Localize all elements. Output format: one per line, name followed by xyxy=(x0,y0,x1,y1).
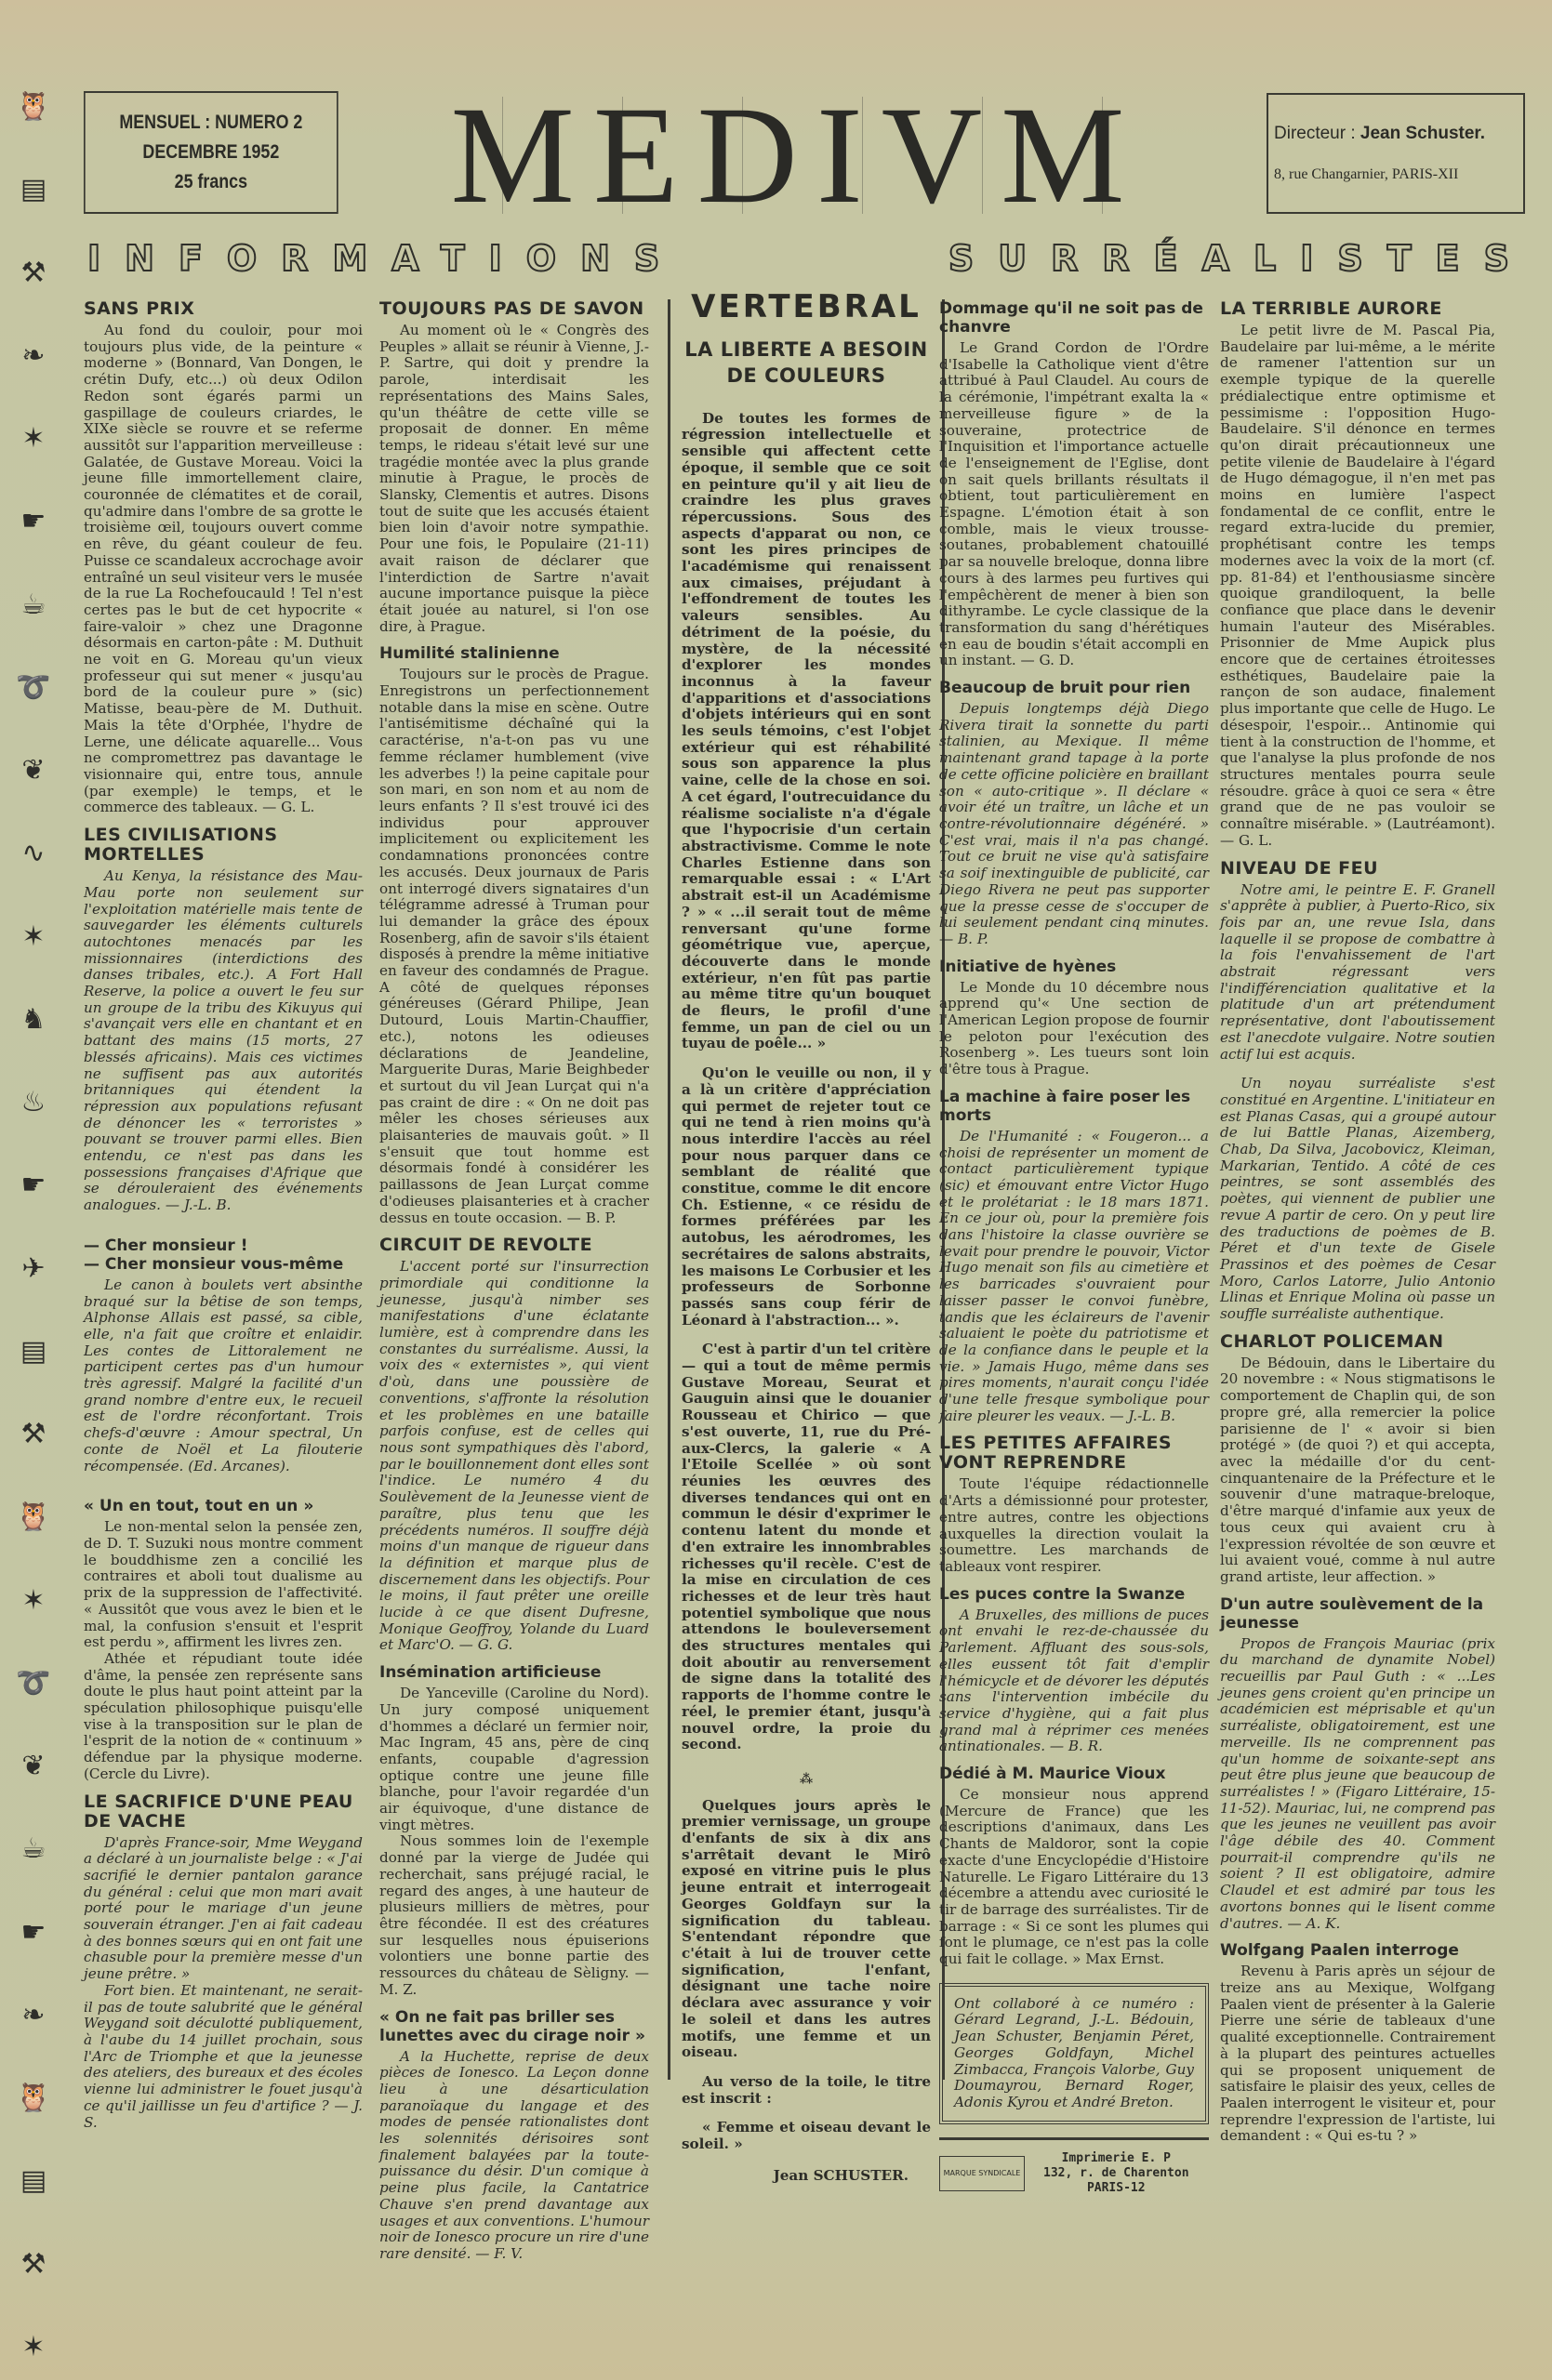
article-title: Humilité stalinienne xyxy=(379,644,649,663)
mug-icon: ☕ xyxy=(21,1835,46,1863)
issue-date: DECEMBRE 1952 xyxy=(86,141,337,164)
article-puces-swanze: Les puces contre la Swanze A Bruxelles, … xyxy=(939,1585,1209,1755)
article-body: A la Huchette, reprise de deux pièces de… xyxy=(379,2049,649,2263)
article-initiative-hyenes: Initiative de hyènes Le Monde du 10 déce… xyxy=(939,958,1209,1078)
issue-price: 25 francs xyxy=(86,171,337,193)
article-body: Le Grand Cordon de l'Ordre d'Isabelle la… xyxy=(939,340,1209,669)
hand-icon: ☛ xyxy=(21,508,46,535)
article-body: Fort bien. Et maintenant, ne serait-il p… xyxy=(84,1983,363,2131)
article-title: LES PETITES AFFAIRES VONT REPRENDRE xyxy=(939,1434,1209,1473)
article-body: Un noyau surréaliste s'est constitué en … xyxy=(1220,1076,1495,1323)
article-body: Toujours sur le procès de Prague. Enregi… xyxy=(379,667,649,1226)
article-body: De l'Humanité : « Fougeron... a choisi d… xyxy=(939,1129,1209,1425)
article-body: Nous sommes loin de l'exemple donné par … xyxy=(379,1833,649,1998)
article-title: Initiative de hyènes xyxy=(939,958,1209,976)
article-body: Le petit livre de M. Pascal Pia, Baudela… xyxy=(1220,323,1495,850)
margin-pictogram-strip: 🦉▤⚒❧✶☛☕➰❦∿✶♞♨☛✈▤⚒🦉✶➰❦☕☛❧🦉▤⚒✶ xyxy=(7,93,60,2361)
axe-icon: ⚒ xyxy=(21,2251,46,2279)
issue-box: MENSUEL : NUMERO 2 DECEMBRE 1952 25 fran… xyxy=(84,91,338,214)
chest-icon: ▤ xyxy=(20,2167,46,2195)
article-title: LES CIVILISATIONS MORTELLES xyxy=(84,826,363,865)
article-paalen-interroge: Wolfgang Paalen interroge Revenu à Paris… xyxy=(1220,1941,1495,2145)
editorial-address: 8, rue Changarnier, PARIS-XII xyxy=(1274,166,1523,183)
article-body: Le non-mental selon la pensée zen, de D.… xyxy=(84,1519,363,1651)
article-cher-monsieur: — Cher monsieur ! — Cher monsieur vous-m… xyxy=(84,1236,363,1474)
article-insemination-artificieuse: Insémination artificieuse De Yanceville … xyxy=(379,1663,649,1998)
printer-street: 132, r. de Charenton xyxy=(1043,2166,1189,2181)
article-body: Le Monde du 10 décembre nous apprend qu'… xyxy=(939,980,1209,1078)
article-title: CIRCUIT DE REVOLTE xyxy=(379,1236,649,1255)
article-terrible-aurore: LA TERRIBLE AURORE Le petit livre de M. … xyxy=(1220,299,1495,850)
asterism-separator: ⁂ xyxy=(682,1772,931,1789)
article-body: Au moment où le « Congrès des Peuples » … xyxy=(379,323,649,635)
article-dedie-vioux: Dédié à M. Maurice Vioux Ce monsieur nou… xyxy=(939,1765,1209,1968)
feature-body: C'est à partir d'un tel critère — qui a … xyxy=(682,1342,931,1753)
director-box: Directeur : Jean Schuster. 8, rue Changa… xyxy=(1267,93,1525,214)
column-2: TOUJOURS PAS DE SAVON Au moment où le « … xyxy=(379,299,649,2263)
article-body: D'après France-soir, Mme Weygand a décla… xyxy=(84,1835,363,1983)
article-body: Toute l'équipe rédactionnelle d'Arts a d… xyxy=(939,1476,1209,1575)
owl-icon: 🦉 xyxy=(16,1503,50,1531)
article-title: CHARLOT POLICEMAN xyxy=(1220,1332,1495,1352)
bird-icon: ✈ xyxy=(21,1255,45,1283)
feature-quote: « Femme et oiseau devant le soleil. » xyxy=(682,2120,931,2152)
article-body: Depuis longtemps déjà Diego Rivera tirai… xyxy=(939,701,1209,948)
axe-icon: ⚒ xyxy=(21,1421,46,1448)
tagline-word-2: SURRÉALISTES xyxy=(948,238,1533,284)
article-sacrifice-peau-de-vache: LE SACRIFICE D'UNE PEAU DE VACHE D'après… xyxy=(84,1792,363,2132)
rope-icon: ➰ xyxy=(16,1670,50,1698)
article-body: L'accent porté sur l'insurrection primor… xyxy=(379,1259,649,1654)
article-title: Wolfgang Paalen interroge xyxy=(1220,1941,1495,1960)
article-petites-affaires: LES PETITES AFFAIRES VONT REPRENDRE Tout… xyxy=(939,1434,1209,1575)
article-title: Dédié à M. Maurice Vioux xyxy=(939,1765,1209,1783)
fish-icon: ❦ xyxy=(21,757,45,785)
mug-icon: ☕ xyxy=(21,591,46,619)
feature-body: Quelques jours après le premier vernissa… xyxy=(682,1798,931,2061)
article-body: Revenu à Paris après un séjour de treize… xyxy=(1220,1963,1495,2145)
director-label: Directeur : xyxy=(1274,124,1356,143)
article-civilisations-mortelles: LES CIVILISATIONS MORTELLES Au Kenya, la… xyxy=(84,826,363,1214)
masthead: MENSUEL : NUMERO 2 DECEMBRE 1952 25 fran… xyxy=(84,91,1534,214)
article-title: D'un autre soulèvement de la jeunesse xyxy=(1220,1595,1495,1633)
feature-body: Au verso de la toile, le titre est inscr… xyxy=(682,2074,931,2107)
director-name: Jean Schuster. xyxy=(1360,124,1485,143)
fish-icon: ❦ xyxy=(21,1752,45,1780)
article-autre-soulevement: D'un autre soulèvement de la jeunesse Pr… xyxy=(1220,1595,1495,1933)
owl-icon: 🦉 xyxy=(16,93,50,121)
article-body: Ce monsieur nous apprend (Mercure de Fra… xyxy=(939,1787,1209,1968)
article-cirage-noir: « On ne fait pas briller ses lunettes av… xyxy=(379,2008,649,2263)
article-title: LA TERRIBLE AURORE xyxy=(1220,299,1495,319)
feature-body: Qu'on le veuille ou non, il y a là un cr… xyxy=(682,1065,931,1329)
article-toujours-pas-de-savon: TOUJOURS PAS DE SAVON Au moment où le « … xyxy=(379,299,649,635)
publication-logo: MEDIVM xyxy=(383,97,1211,214)
snake-icon: ∿ xyxy=(21,840,45,867)
article-title: NIVEAU DE FEU xyxy=(1220,859,1495,879)
article-humilite-stalinienne: Humilité stalinienne Toujours sur le pro… xyxy=(379,644,649,1226)
feature-kicker: VERTEBRAL xyxy=(682,299,931,316)
issue-line: MENSUEL : NUMERO 2 xyxy=(86,112,337,134)
article-body: De Yanceville (Caroline du Nord). Un jur… xyxy=(379,1686,649,1833)
article-body: A Bruxelles, des millions de puces ont e… xyxy=(939,1607,1209,1755)
article-columns: SANS PRIX Au fond du couloir, pour moi t… xyxy=(84,299,1539,2363)
star-icon: ✶ xyxy=(21,923,45,951)
column-3-feature: VERTEBRAL LA LIBERTE A BESOIN DE COULEUR… xyxy=(668,299,945,2080)
article-body: Le canon à boulets vert absinthe braqué … xyxy=(84,1277,363,1474)
chest-icon: ▤ xyxy=(20,176,46,204)
article-title: LE SACRIFICE D'UNE PEAU DE VACHE xyxy=(84,1792,363,1831)
article-title: La machine à faire poser les morts xyxy=(939,1088,1209,1125)
tagline-word-1: INFORMATIONS xyxy=(87,238,683,284)
column-1: SANS PRIX Au fond du couloir, pour moi t… xyxy=(84,299,363,2131)
article-title-line-1: — Cher monsieur ! xyxy=(84,1236,363,1255)
article-body: Propos de François Mauriac (prix du marc… xyxy=(1220,1636,1495,1933)
article-sans-prix: SANS PRIX Au fond du couloir, pour moi t… xyxy=(84,299,363,816)
feature-body: De toutes les formes de régression intel… xyxy=(682,411,931,1052)
article-body: Notre ami, le peintre E. F. Granell s'ap… xyxy=(1220,882,1495,1064)
star-icon: ✶ xyxy=(21,2334,45,2361)
cat-icon: ♞ xyxy=(21,1006,46,1034)
article-title: SANS PRIX xyxy=(84,299,363,319)
article-un-en-tout: « Un en tout, tout en un » Le non-mental… xyxy=(84,1497,363,1782)
union-label-icon: MARQUE SYNDICALE xyxy=(939,2156,1025,2191)
star-icon: ✶ xyxy=(21,425,45,453)
article-title: « Un en tout, tout en un » xyxy=(84,1497,363,1515)
contributors-box: Ont collaboré à ce numéro : Gérard Legra… xyxy=(939,1983,1209,2124)
article-title: Les puces contre la Swanze xyxy=(939,1585,1209,1604)
director-line: Directeur : Jean Schuster. xyxy=(1274,124,1523,144)
printer-name: Imprimerie E. P xyxy=(1043,2151,1189,2166)
wing-icon: ❧ xyxy=(21,2002,45,2030)
article-title: « On ne fait pas briller ses lunettes av… xyxy=(379,2008,649,2045)
feature-title: LA LIBERTE A BESOIN DE COULEURS xyxy=(682,337,931,389)
article-body: Athée et répudiant toute idée d'âme, la … xyxy=(84,1651,363,1783)
hand-icon: ☛ xyxy=(21,1171,46,1199)
lamp-icon: ♨ xyxy=(21,1089,46,1117)
article-title-line-2: — Cher monsieur vous-même xyxy=(84,1255,363,1274)
printer-address: Imprimerie E. P 132, r. de Charenton PAR… xyxy=(1043,2151,1189,2196)
feature-signature: Jean SCHUSTER. xyxy=(682,2168,931,2185)
tagline: INFORMATIONS SURRÉALISTES xyxy=(87,238,1533,284)
article-niveau-de-feu: NIVEAU DE FEU Notre ami, le peintre E. F… xyxy=(1220,859,1495,1323)
hand-icon: ☛ xyxy=(21,1919,46,1947)
article-title: Insémination artificieuse xyxy=(379,1663,649,1682)
star-icon: ✶ xyxy=(21,1587,45,1615)
article-machine-poser-morts: La machine à faire poser les morts De l'… xyxy=(939,1088,1209,1425)
article-beaucoup-de-bruit: Beaucoup de bruit pour rien Depuis longt… xyxy=(939,679,1209,948)
rope-icon: ➰ xyxy=(16,674,50,702)
owl-icon: 🦉 xyxy=(16,2084,50,2112)
article-title: Beaucoup de bruit pour rien xyxy=(939,679,1209,697)
wing-icon: ❧ xyxy=(21,342,45,370)
article-body: Au fond du couloir, pour moi toujours pl… xyxy=(84,323,363,816)
article-body: De Bédouin, dans le Libertaire du 20 nov… xyxy=(1220,1355,1495,1586)
article-circuit-de-revolte: CIRCUIT DE REVOLTE L'accent porté sur l'… xyxy=(379,1236,649,1654)
chest-icon: ▤ xyxy=(20,1338,46,1366)
article-title: TOUJOURS PAS DE SAVON xyxy=(379,299,649,319)
article-body: Au Kenya, la résistance des Mau-Mau port… xyxy=(84,868,363,1214)
article-title: Dommage qu'il ne soit pas de chanvre xyxy=(939,299,1209,337)
axe-icon: ⚒ xyxy=(21,259,46,287)
printer-city: PARIS-12 xyxy=(1043,2181,1189,2196)
column-4: Dommage qu'il ne soit pas de chanvre Le … xyxy=(939,299,1209,2196)
printer-imprint: MARQUE SYNDICALE Imprimerie E. P 132, r.… xyxy=(939,2137,1209,2196)
article-dommage-chanvre: Dommage qu'il ne soit pas de chanvre Le … xyxy=(939,299,1209,669)
column-5: LA TERRIBLE AURORE Le petit livre de M. … xyxy=(1220,299,1495,2145)
article-charlot-policeman: CHARLOT POLICEMAN De Bédouin, dans le Li… xyxy=(1220,1332,1495,1586)
